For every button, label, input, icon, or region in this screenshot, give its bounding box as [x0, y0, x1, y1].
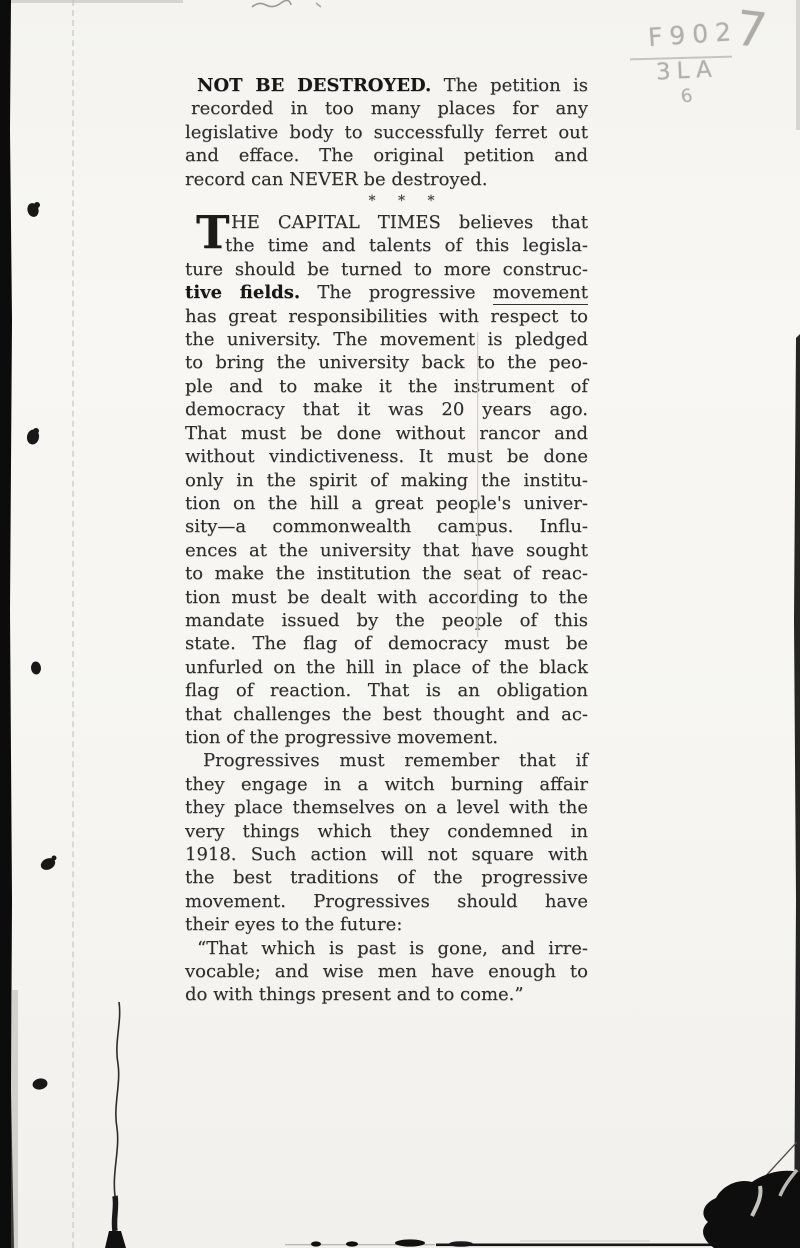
- handwritten-catalog-code-2: 3LA: [655, 56, 718, 85]
- text-line: unfurled on the hill in place of the bla…: [185, 656, 588, 679]
- top-pencil-squiggle: [252, 0, 291, 7]
- text-line: they place themselves on a level with th…: [185, 796, 588, 819]
- ink-blob: [30, 661, 41, 675]
- ink-blob: [32, 1077, 49, 1090]
- text-line: ple and to make it the instrument of: [185, 375, 588, 398]
- text-line: the time and talents of this legisla-: [185, 234, 588, 257]
- text-line: they engage in a witch burning affair: [185, 773, 588, 796]
- text-line: has great responsibilities with respect …: [185, 305, 588, 328]
- text-line: legislative body to successfully ferret …: [185, 121, 588, 144]
- text-line: tion must be dealt with according to the: [185, 586, 588, 609]
- text-line: Progressives must remember that if: [185, 749, 588, 772]
- text-line: state. The flag of democracy must be: [185, 632, 588, 655]
- ink-blob: [52, 856, 57, 861]
- text-line: 1918. Such action will not square with: [185, 843, 588, 866]
- text-line: their eyes to the future:: [185, 913, 588, 936]
- ink-blob: [39, 856, 57, 872]
- bottom-blob: [311, 1241, 321, 1246]
- ink-blob: [34, 202, 40, 208]
- handwritten-catalog-code-3: 6: [679, 85, 694, 108]
- text-line: only in the spirit of making the institu…: [185, 469, 588, 492]
- text-line: tive fields. The progressive movement: [185, 281, 588, 304]
- bottom-blob: [449, 1241, 473, 1247]
- text-line: very things which they condemned in: [185, 820, 588, 843]
- ink-blob-group: [26, 202, 57, 1091]
- text-line: tion on the hill a great people's univer…: [185, 492, 588, 515]
- bottom-gray-line-2: [520, 1241, 650, 1242]
- right-edge-speckle: [796, 0, 800, 130]
- text-line: HE CAPITAL TIMES believes that: [185, 211, 588, 234]
- bottom-right-blob: [703, 1171, 800, 1248]
- text-line: the best traditions of the progressive: [185, 866, 588, 889]
- wavy-crease-flare: [105, 1231, 126, 1248]
- article-column: NOT BE DESTROYED. The petition is record…: [185, 74, 588, 1007]
- bottom-blob: [395, 1239, 425, 1246]
- text-line: to make the institution the seat of reac…: [185, 562, 588, 585]
- paragraph-capital-times: T HE CAPITAL TIMES believes that the tim…: [185, 211, 588, 749]
- text-line: flag of reaction. That is an obligation: [185, 679, 588, 702]
- right-edge-strip: [794, 334, 800, 1248]
- text-line: democracy that it was 20 years ago.: [185, 398, 588, 421]
- scanned-newspaper-page: F902 3LA 6 7 NOT BE DESTROYED. The petit…: [0, 0, 800, 1248]
- top-pencil-dot: [316, 3, 321, 7]
- handwritten-catalog-code: F902: [647, 17, 739, 52]
- text-line: that challenges the best thought and ac-: [185, 703, 588, 726]
- text-line: vocable; and wise men have enough to: [185, 960, 588, 983]
- text-line: mandate issued by the people of this: [185, 609, 588, 632]
- text-line: the university. The movement is pledged: [185, 328, 588, 351]
- wavy-crease: [114, 1002, 119, 1196]
- text-line: do with things present and to come.”: [185, 983, 588, 1006]
- top-edge-smudge: [11, 0, 183, 3]
- text-line: and efface. The original petition and: [185, 144, 588, 167]
- line-text: The progressive: [300, 282, 493, 303]
- asterisk-separator: * * *: [185, 191, 588, 211]
- blob-scratch: [752, 1186, 761, 1216]
- text-line: “That which is past is gone, and irre-: [185, 937, 588, 960]
- bottom-blob: [346, 1241, 358, 1246]
- text-line: NOT BE DESTROYED. The petition is: [185, 74, 588, 97]
- text-line: movement. Progressives should have: [185, 890, 588, 913]
- drop-cap: T: [196, 212, 230, 254]
- text-line: ture should be turned to more construc-: [185, 258, 588, 281]
- left-edge-strip: [0, 0, 14, 1248]
- handwritten-page-number: 7: [733, 0, 770, 59]
- underlined-text: movement: [493, 282, 588, 305]
- text-line: tion of the progressive movement.: [185, 726, 588, 749]
- bottom-black-line: [436, 1244, 796, 1247]
- paragraph-petition: NOT BE DESTROYED. The petition is record…: [185, 74, 588, 191]
- blob-scratch: [780, 1170, 797, 1196]
- paragraph-quote: “That which is past is gone, and irre- v…: [185, 937, 588, 1007]
- left-edge-fringe: [11, 990, 18, 1248]
- corner-scratch-line: [762, 1142, 797, 1180]
- bold-lead: NOT BE DESTROYED.: [197, 75, 431, 96]
- ink-blob: [26, 429, 40, 446]
- wavy-crease-thick: [114, 1196, 115, 1231]
- ink-blob: [26, 202, 40, 218]
- text-line: That must be done without rancor and: [185, 422, 588, 445]
- text-line: record can NEVER be destroyed.: [185, 168, 588, 191]
- text-line: recorded in too many places for any: [185, 97, 588, 120]
- bottom-gray-line: [285, 1244, 435, 1245]
- paper-crease-line: [72, 0, 74, 1248]
- bold-text: tive fields.: [185, 282, 300, 303]
- paragraph-progressives: Progressives must remember that if they …: [185, 749, 588, 936]
- text-line: ences at the university that have sought: [185, 539, 588, 562]
- text-line: sity—a commonwealth campus. Influ-: [185, 515, 588, 538]
- text-line: without vindictiveness. It must be done: [185, 445, 588, 468]
- line-text: The petition is: [431, 75, 588, 96]
- text-line: to bring the university back to the peo-: [185, 351, 588, 374]
- ink-blob: [33, 428, 39, 434]
